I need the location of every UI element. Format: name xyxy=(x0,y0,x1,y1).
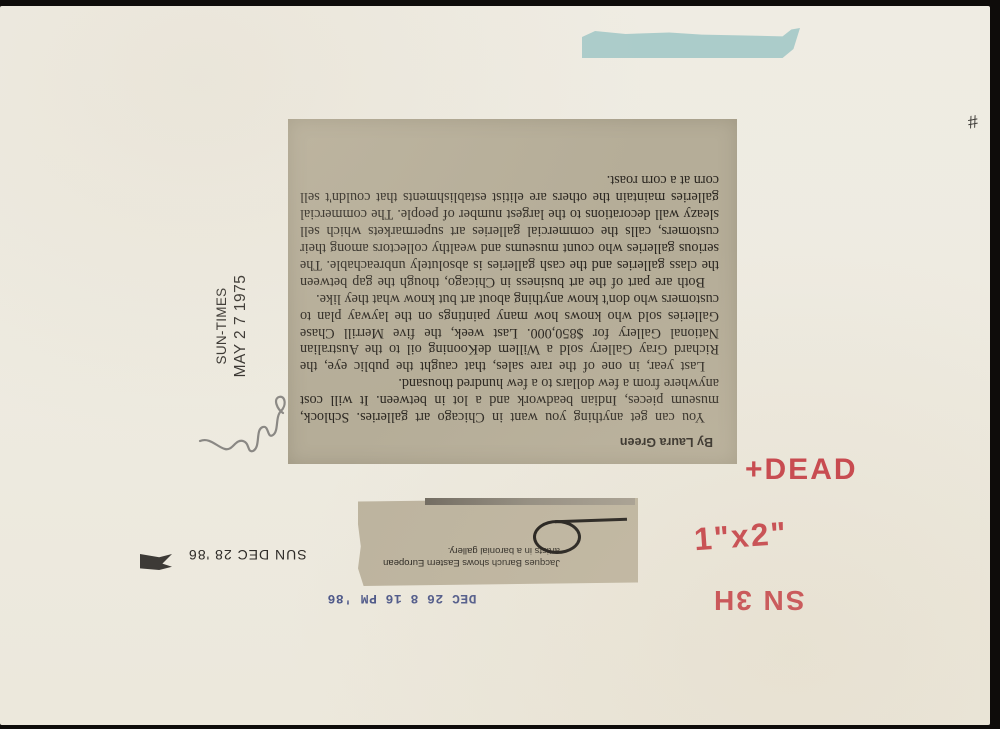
article-paragraph: You can get anything you want in Chicago… xyxy=(300,374,719,425)
sun-date-stamp: SUN DEC 28 '86 xyxy=(188,547,307,563)
ink-circle-mark xyxy=(533,520,581,554)
sun-times-date-stamp: SUN-TIMES MAY 2 7 1975 xyxy=(214,256,250,396)
article-byline: By Laura Green xyxy=(300,433,713,450)
photo-back-sheet: # SUN-TIMES MAY 2 7 1975 By Laura Green … xyxy=(0,6,990,725)
ink-smudge xyxy=(140,554,172,570)
photo-edge-strip xyxy=(425,498,635,505)
newspaper-clipping-article: By Laura Green You can get anything you … xyxy=(288,119,737,464)
red-note-dead: +DEAD xyxy=(745,453,858,487)
article-paragraph: Both are part of the art business in Chi… xyxy=(300,172,719,290)
masking-tape xyxy=(582,28,800,58)
caption-line-2: artists in a baronial gallery. xyxy=(366,544,560,556)
publication-date: MAY 2 7 1975 xyxy=(232,256,250,396)
red-note-size: 1"x2" xyxy=(693,515,789,558)
pencil-signature-galleries xyxy=(195,389,290,459)
article-paragraph: Last year, in one of the rare sales, tha… xyxy=(300,290,719,375)
photo-caption-clipping: Jacques Baruch shows Eastern European ar… xyxy=(358,498,638,586)
received-date-stamp: DEC 26 8 16 PM '86 xyxy=(327,591,476,606)
publication-name: SUN-TIMES xyxy=(214,256,229,396)
caption-line-1: Jacques Baruch shows Eastern European xyxy=(366,556,560,568)
edge-pencil-mark: # xyxy=(966,111,980,133)
red-note-sn: SN 3H xyxy=(712,584,804,616)
